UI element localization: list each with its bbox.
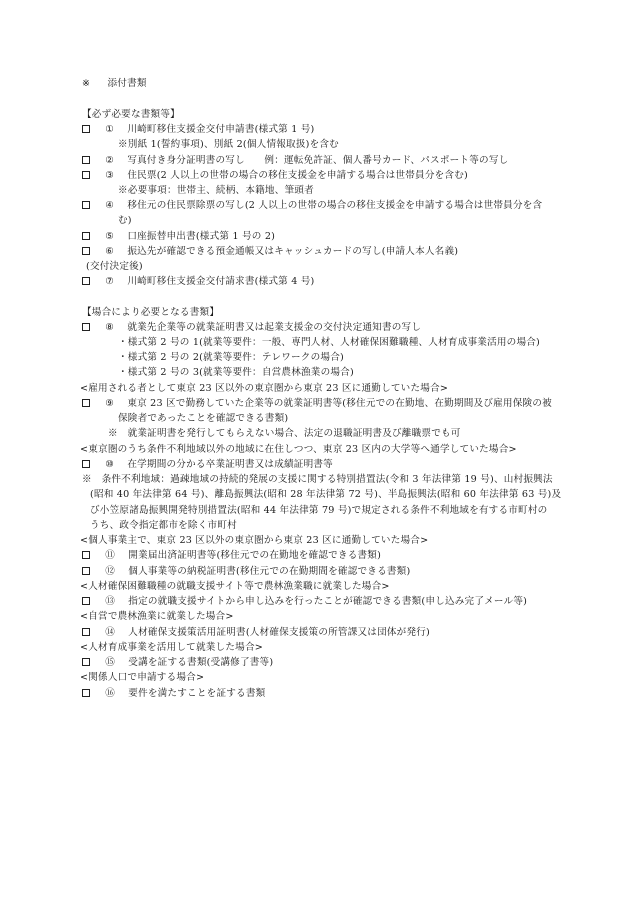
- checklist-item-12: ⑫ 個人事業等の納税証明書(移住元での在勤期間を確認できる書類): [82, 566, 410, 578]
- case-heading: <雇用される者として東京 23 区以外の東京圏から東京 23 区に通勤していた場…: [80, 383, 448, 395]
- checkbox-icon: [82, 597, 90, 605]
- checkbox-icon: [82, 277, 90, 285]
- case-heading: <人材育成事業を活用して就業した場合>: [80, 642, 263, 654]
- checkbox-icon: [82, 323, 90, 331]
- section-title: ※ 添付書類: [82, 78, 147, 90]
- disadvantaged-area-note-cont: び小笠原諸島振興開発特別措置法(昭和 44 年法律第 79 号)で規定される条件…: [90, 505, 547, 517]
- item-number: ③: [105, 170, 114, 182]
- case-heading: <個人事業主で、東京 23 区以外の東京圏から東京 23 区に通勤していた場合>: [80, 535, 428, 547]
- checkbox-icon: [82, 399, 90, 407]
- checklist-item-7: ⑦ 川崎町移住支援金交付請求書(様式第 4 号): [82, 276, 315, 288]
- item-number: ②: [105, 155, 114, 167]
- item-text: 口座振替申出書(様式第 1 号の 2): [127, 231, 275, 242]
- item-text: 就業先企業等の就業証明書又は起業支援金の交付決定通知書の写し: [127, 322, 421, 333]
- item-1-note: ※別紙 1(誓約事項)、別紙 2(個人情報取扱)を含む: [118, 139, 339, 151]
- item-text: 人材確保支援策活用証明書(人材確保支援策の所管課又は団体が発行): [128, 627, 430, 638]
- item-number: ⑪: [105, 550, 115, 562]
- item-text: 移住元の住民票除票の写し(2 人以上の世帯の場合の移住支援金を申請する場合は世帯…: [127, 200, 542, 211]
- checkbox-icon: [82, 658, 90, 666]
- required-documents-heading: 【必ず必要な書類等】: [82, 109, 180, 121]
- checklist-item-14: ⑭ 人材確保支援策活用証明書(人材確保支援策の所管課又は団体が発行): [82, 627, 430, 639]
- disadvantaged-area-note-cont: (昭和 40 年法律第 64 号)、離島振興法(昭和 28 年法律第 72 号)…: [90, 489, 561, 501]
- item-text: 在学期間の分かる卒業証明書又は成績証明書等: [127, 459, 333, 470]
- checkbox-icon: [82, 232, 90, 240]
- item-9-note: ※ 就業証明書を発行してもらえない場合、法定の退職証明書及び離職票でも可: [108, 428, 461, 440]
- item-text: 指定の就職支援サイトから申し込みを行ったことが確認できる書類(申し込み完了メール…: [128, 596, 527, 607]
- checklist-item-5: ⑤ 口座振替申出書(様式第 1 号の 2): [82, 231, 275, 243]
- item-text: 開業届出済証明書等(移住元での在勤地を確認できる書類): [128, 550, 381, 561]
- item-text: 東京 23 区で勤務していた企業等の就業証明書等(移住元での在勤地、在勤期間及び…: [127, 398, 552, 409]
- checkbox-icon: [82, 689, 90, 697]
- item-3-note: ※必要事項：世帯主、続柄、本籍地、筆頭者: [118, 185, 314, 197]
- checkbox-icon: [82, 628, 90, 636]
- item-number: ⑬: [105, 596, 115, 608]
- item-text: 個人事業等の納税証明書(移住元での在勤期間を確認できる書類): [128, 566, 410, 577]
- item-6-continuation: (交付決定後): [86, 261, 143, 273]
- item-text: 住民票(2 人以上の世帯の場合の移住支援金を申請する場合は世帯員分を含む): [127, 170, 468, 181]
- checklist-item-8: ⑧ 就業先企業等の就業証明書又は起業支援金の交付決定通知書の写し: [82, 322, 421, 334]
- item-number: ⑩: [105, 459, 114, 471]
- checklist-item-16: ⑯ 要件を満たすことを証する書類: [82, 688, 265, 700]
- item-number: ⑨: [105, 398, 114, 410]
- item-number: ①: [105, 124, 114, 136]
- item-number: ⑯: [105, 688, 115, 700]
- item-number: ⑮: [105, 657, 115, 669]
- conditional-documents-heading: 【場合により必要となる書類】: [82, 307, 219, 319]
- item-number: ⑭: [105, 627, 115, 639]
- title-text: 添付書類: [108, 78, 147, 89]
- checkbox-icon: [82, 201, 90, 209]
- item-text: 川崎町移住支援金交付請求書(様式第 4 号): [127, 276, 314, 287]
- checkbox-icon: [82, 567, 90, 575]
- case-heading: <人材確保困難職種の就職支援サイト等で農林漁業職に就業した場合>: [80, 581, 390, 593]
- checklist-item-13: ⑬ 指定の就職支援サイトから申し込みを行ったことが確認できる書類(申し込み完了メ…: [82, 596, 527, 608]
- item-text: 川崎町移住支援金交付申請書(様式第 1 号): [127, 124, 314, 135]
- item-text: 写真付き身分証明書の写し 例：運転免許証、個人番号カード、パスポート等の写し: [127, 155, 508, 166]
- checklist-item-1: ① 川崎町移住支援金交付申請書(様式第 1 号): [82, 124, 315, 136]
- reference-mark: ※: [82, 78, 90, 89]
- checklist-item-10: ⑩ 在学期間の分かる卒業証明書又は成績証明書等: [82, 459, 333, 471]
- checklist-item-11: ⑪ 開業届出済証明書等(移住元での在勤地を確認できる書類): [82, 550, 381, 562]
- item-text: 要件を満たすことを証する書類: [128, 688, 265, 699]
- item-text: 受講を証する書類(受講修了書等): [128, 657, 273, 668]
- item-9-continuation: 保険者であったことを確認できる書類): [118, 413, 288, 425]
- checklist-item-15: ⑮ 受講を証する書類(受講修了書等): [82, 657, 273, 669]
- document-page: ※ 添付書類 【必ず必要な書類等】 ① 川崎町移住支援金交付申請書(様式第 1 …: [0, 0, 630, 903]
- item-number: ⑦: [105, 276, 114, 288]
- checklist-item-4: ④ 移住元の住民票除票の写し(2 人以上の世帯の場合の移住支援金を申請する場合は…: [82, 200, 542, 212]
- checkbox-icon: [82, 247, 90, 255]
- item-text: 振込先が確認できる預金通帳又はキャッシュカードの写し(申請人本人名義): [127, 246, 458, 257]
- form-bullet: ・様式第 2 号の 1(就業等要件：一般、専門人材、人材確保困難職種、人材育成事…: [118, 337, 540, 349]
- checkbox-icon: [82, 460, 90, 468]
- item-number: ⑫: [105, 566, 115, 578]
- checkbox-icon: [82, 171, 90, 179]
- case-heading: <東京圏のうち条件不利地域以外の地域に在住しつつ、東京 23 区内の大学等へ通学…: [80, 444, 517, 456]
- checkbox-icon: [82, 551, 90, 559]
- checkbox-icon: [82, 156, 90, 164]
- checklist-item-9: ⑨ 東京 23 区で勤務していた企業等の就業証明書等(移住元での在勤地、在勤期間…: [82, 398, 552, 410]
- case-heading: <関係人口で申請する場合>: [80, 672, 204, 684]
- disadvantaged-area-note: ※ 条件不利地域：過疎地域の持続的発展の支援に関する特別措置法(令和 3 年法律…: [82, 474, 553, 486]
- disadvantaged-area-note-cont: うち、政令指定都市を除く市町村: [90, 520, 237, 532]
- item-number: ⑧: [105, 322, 114, 334]
- checklist-item-6: ⑥ 振込先が確認できる預金通帳又はキャッシュカードの写し(申請人本人名義): [82, 246, 458, 258]
- checklist-item-3: ③ 住民票(2 人以上の世帯の場合の移住支援金を申請する場合は世帯員分を含む): [82, 170, 468, 182]
- checklist-item-2: ② 写真付き身分証明書の写し 例：運転免許証、個人番号カード、パスポート等の写し: [82, 155, 508, 167]
- item-number: ④: [105, 200, 114, 212]
- form-bullet: ・様式第 2 号の 2(就業等要件：テレワークの場合): [118, 352, 344, 364]
- item-number: ⑤: [105, 231, 114, 243]
- case-heading: <自営で農林漁業に就業した場合>: [80, 611, 234, 623]
- item-number: ⑥: [105, 246, 114, 258]
- checkbox-icon: [82, 125, 90, 133]
- form-bullet: ・様式第 2 号の 3(就業等要件：自営農林漁業の場合): [118, 367, 354, 379]
- item-4-continuation: む): [118, 215, 132, 227]
